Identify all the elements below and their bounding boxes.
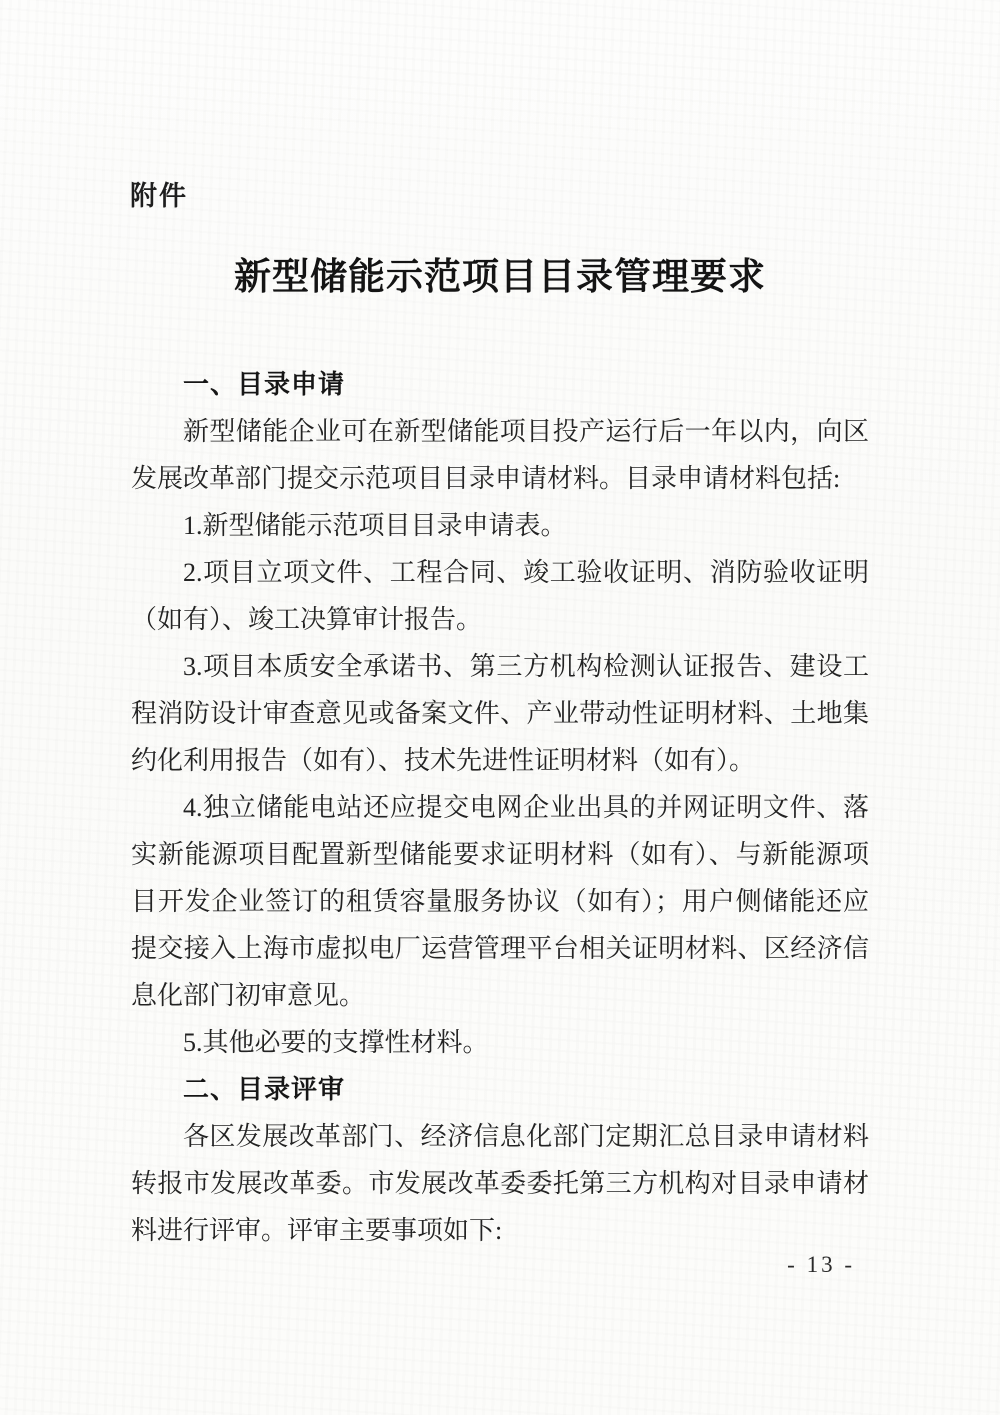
body-paragraph: 1.新型储能示范项目目录申请表。 xyxy=(131,502,869,549)
body-paragraph: 4.独立储能电站还应提交电网企业出具的并网证明文件、落实新能源项目配置新型储能要… xyxy=(131,784,869,1019)
document-body: 一、目录申请新型储能企业可在新型储能项目投产运行后一年以内，向区发展改革部门提交… xyxy=(131,361,869,1254)
document-title: 新型储能示范项目目录管理要求 xyxy=(0,256,1000,300)
body-paragraph: 各区发展改革部门、经济信息化部门定期汇总目录申请材料转报市发展改革委。市发展改革… xyxy=(131,1113,869,1254)
attachment-label: 附件 xyxy=(130,181,188,211)
body-paragraph: 3.项目本质安全承诺书、第三方机构检测认证报告、建设工程消防设计审查意见或备案文… xyxy=(131,643,869,784)
body-paragraph: 5.其他必要的支撑性材料。 xyxy=(131,1019,869,1066)
document-page: 附件 新型储能示范项目目录管理要求 一、目录申请新型储能企业可在新型储能项目投产… xyxy=(0,0,1000,1415)
body-paragraph: 新型储能企业可在新型储能项目投产运行后一年以内，向区发展改革部门提交示范项目目录… xyxy=(131,408,869,502)
body-paragraph: 2.项目立项文件、工程合同、竣工验收证明、消防验收证明（如有）、竣工决算审计报告… xyxy=(131,549,869,643)
section-heading: 二、目录评审 xyxy=(131,1066,869,1113)
page-number: - 13 - xyxy=(787,1252,855,1278)
section-heading: 一、目录申请 xyxy=(131,361,869,408)
